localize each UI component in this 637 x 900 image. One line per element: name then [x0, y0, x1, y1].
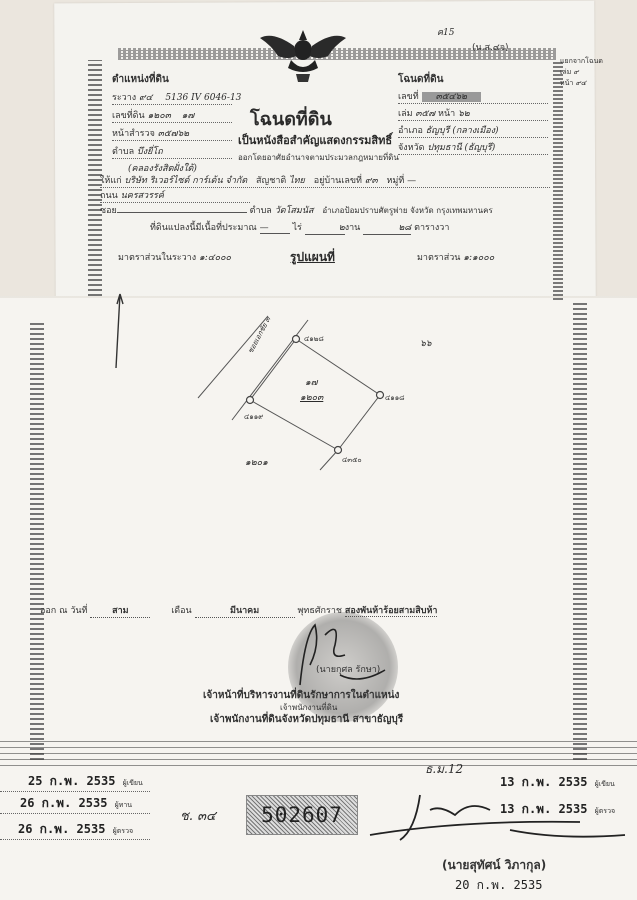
right-border-pattern — [553, 62, 563, 300]
deed-box: โฉนดที่ดิน เลขที่ ๓๕๔๖๒ เล่ม ๓๕๗ หน้า ๖๒… — [398, 72, 548, 155]
serial-number: 502607 — [246, 795, 358, 835]
map-neighbor-parcel: ๑๒๐๑ — [245, 455, 268, 469]
footer-date-reviewer: 26 ก.พ. 2535 ผู้ทาน — [0, 794, 150, 814]
grant-owner-line: ให้แก่ บริษัท ริเวอร์ไซด์ การ์เด้น จำกัด… — [100, 173, 550, 188]
deed-amphoe: อำเภอ ธัญบุรี (กลางเมือง) — [398, 123, 548, 138]
document-subtitle: เป็นหนังสือสำคัญแสดงกรรมสิทธิ์ — [238, 131, 392, 149]
footer-date-writer: 25 ก.พ. 2535 ผู้เขียน — [0, 772, 150, 792]
footer-middle-code: ช. ๓๔ — [180, 805, 216, 826]
form-code: (น.ส.๔จ) — [472, 40, 508, 54]
right-border-pattern-lower — [573, 300, 587, 760]
map-parcel-land-number: ๑๒๐๓ — [300, 390, 323, 404]
map-marker-2: ๔๑๑๘ — [385, 393, 405, 404]
deed-volume-page: เล่ม ๓๕๗ หน้า ๖๒ — [398, 106, 548, 121]
grant-area-line: ที่ดินแปลงนี้มีเนื้อที่ประมาณ — ไร่ ๒งาน… — [150, 220, 449, 235]
volume-label: แยกจากโฉนด — [560, 56, 603, 67]
footer-date-checker: 26 ก.พ. 2535 ผู้ตรวจ — [0, 820, 150, 840]
grant-soi-line: ซอย ตำบล วัดโสมนัส อำเภอป้อมปราบศัตรูพ่า… — [100, 203, 550, 217]
footer-signature-mark — [360, 790, 630, 850]
map-heading: รูปแผนที่ — [290, 248, 335, 267]
map-parcel-number: ๑๗ — [305, 375, 317, 389]
deed-number: เลขที่ ๓๕๔๖๒ — [398, 89, 548, 104]
watermark-band — [0, 740, 637, 766]
footer-initials: ธ.ม.12 — [425, 760, 463, 779]
location-row-tambon: ตำบล บึงยี่โถ — [112, 144, 232, 159]
left-border-pattern-lower — [30, 320, 44, 760]
north-arrow-icon — [110, 290, 130, 370]
location-row-map-sheet: ระวาง ๙๔ 5136 IV 6046-13 — [112, 90, 232, 105]
authority-line: ออกโดยอาศัยอำนาจตามประมวลกฎหมายที่ดิน — [238, 151, 399, 164]
signature-mark — [280, 615, 390, 695]
signer-name: (นายกุศล รักษา) — [316, 662, 380, 676]
signer-role-3: เจ้าพนักงานที่ดินจังหวัดปทุมธานี สาขาธัญ… — [210, 712, 403, 727]
deed-box-title: โฉนดที่ดิน — [398, 72, 548, 87]
map-marker-3: ๔๑๑๙ — [244, 412, 263, 423]
footer-right-signer: (นายสุทัศน์ วิภากุล) — [442, 856, 546, 875]
map-neighbor-note: ๖๖ — [420, 336, 431, 350]
document-title: โฉนดที่ดิน — [250, 104, 332, 133]
location-row-parcel-no: เลขที่ดิน ๑๒๐๓ ๑๗ — [112, 108, 232, 123]
map-marker-1: ๔๑๒๘ — [304, 334, 324, 345]
page-field: หน้า ๙๔ — [560, 78, 586, 89]
grant-road-line: ถนน นครสวรรค์ — [100, 188, 250, 203]
deed-province: จังหวัด ปทุมธานี (ธัญบุรี) — [398, 140, 548, 155]
map-marker-4: ๔๓๕๐ — [342, 455, 362, 466]
handwritten-code: ค15 — [437, 25, 454, 39]
footer-left-dates: 25 ก.พ. 2535 ผู้เขียน 26 ก.พ. 2535 ผู้ทา… — [0, 772, 150, 840]
location-title: ตำแหน่งที่ดิน — [112, 72, 232, 87]
location-box: ตำแหน่งที่ดิน ระวาง ๙๔ 5136 IV 6046-13 เ… — [112, 72, 232, 175]
map-scale-right: มาตราส่วน ๑:๑๐๐๐ — [417, 250, 494, 264]
volume-field: เล่ม ๙ — [560, 67, 579, 78]
garuda-emblem-icon — [258, 26, 348, 84]
map-scale-left: มาตราส่วนในระวาง ๑:๔๐๐๐ — [118, 250, 231, 264]
location-row-survey-page: หน้าสำรวจ ๓๕๗๖๒ — [112, 126, 232, 141]
footer-right-signer-date: 20 ก.พ. 2535 — [455, 876, 542, 895]
